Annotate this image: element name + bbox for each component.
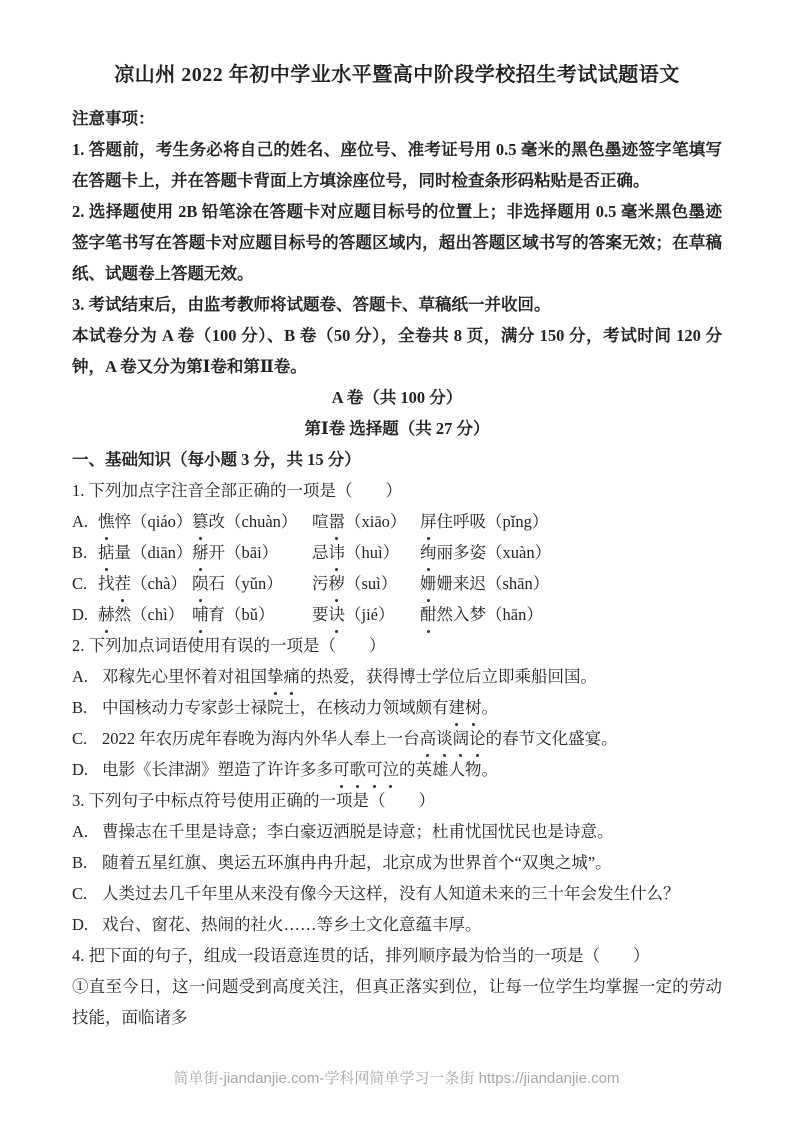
q1-item: 掰开（bāi） [192, 537, 312, 568]
q2-option-b: B. 中国核动力专家彭士禄院士，在核动力领域颇有建树。 [72, 692, 722, 723]
exam-paper: 凉山州 2022 年初中学业水平暨高中阶段学校招生考试试题语文 注意事项： 1.… [72, 0, 722, 1033]
q1-item: 掂量（diān） [98, 537, 192, 568]
q4-stem: 4. 把下面的句子，组成一段语意连贯的话，排列顺序最为恰当的一项是（ ） [72, 940, 722, 971]
q1-item: 绚丽多姿（xuàn） [420, 537, 722, 568]
option-text: 2022 年农历虎年春晚为海内外华人奉上一台高谈阔论的春节文化盛宴。 [102, 723, 722, 754]
q2-option-c: C. 2022 年农历虎年春晚为海内外华人奉上一台高谈阔论的春节文化盛宴。 [72, 723, 722, 754]
q1-item: 喧嚣（xiāo） [312, 506, 420, 537]
option-label: A. [72, 816, 102, 847]
option-text: 曹操志在千里是诗意；李白豪迈洒脱是诗意；杜甫忧国忧民也是诗意。 [102, 816, 722, 847]
q1-item: 找茬（chà） [98, 568, 192, 599]
question-1: 1. 下列加点字注音全部正确的一项是（ ） A. 憔悴（qiáo） 篡改（chu… [72, 475, 722, 630]
q4-sentence-1: ①直至今日，这一问题受到高度关注，但真正落实到位，让每一位学生均掌握一定的劳动技… [72, 971, 722, 1033]
q1-item: 篡改（chuàn） [192, 506, 312, 537]
option-text: 戏台、窗花、热闹的社火……等乡土文化意蕴丰厚。 [102, 909, 722, 940]
q1-item: 要诀（jié） [312, 599, 420, 630]
q1-item: 哺育（bǔ） [192, 599, 312, 630]
q1-option-row-b: B. 掂量（diān） 掰开（bāi） 忌讳（huì） 绚丽多姿（xuàn） [72, 537, 722, 568]
option-text: 邓稼先心里怀着对祖国挚痛的热爱，获得博士学位后立即乘船回国。 [102, 661, 722, 692]
option-text: 随着五星红旗、奥运五环旗冉冉升起，北京成为世界首个“双奥之城”。 [102, 847, 722, 878]
option-label: A. [72, 661, 102, 692]
option-label: A. [72, 506, 98, 537]
volume-a-heading: A 卷（共 100 分） [72, 382, 722, 413]
q1-stem: 1. 下列加点字注音全部正确的一项是（ ） [72, 475, 722, 506]
q1-option-row-d: D. 赫然（chì） 哺育（bǔ） 要诀（jié） 酣然入梦（hān） [72, 599, 722, 630]
page-title: 凉山州 2022 年初中学业水平暨高中阶段学校招生考试试题语文 [72, 0, 722, 91]
notice-section: 注意事项： 1. 答题前，考生务必将自己的姓名、座位号、准考证号用 0.5 毫米… [72, 103, 722, 382]
question-2: 2. 下列加点词语使用有误的一项是（ ） A. 邓稼先心里怀着对祖国挚痛的热爱，… [72, 630, 722, 785]
section-one-heading: 一、基础知识（每小题 3 分，共 15 分） [72, 444, 722, 475]
q3-option-a: A. 曹操志在千里是诗意；李白豪迈洒脱是诗意；杜甫忧国忧民也是诗意。 [72, 816, 722, 847]
footer-watermark: 简单街-jiandanjie.com-学科网简单学习一条街 https://ji… [0, 1063, 793, 1094]
option-label: D. [72, 754, 102, 785]
q1-item: 污秽（suì） [312, 568, 420, 599]
option-label: B. [72, 537, 98, 568]
q1-item: 屏住呼吸（pǐng） [420, 506, 722, 537]
q1-item: 忌讳（huì） [312, 537, 420, 568]
q3-option-c: C. 人类过去几千年里从来没有像今天这样，没有人知道未来的三十年会发生什么？ [72, 878, 722, 909]
exam-summary: 本试卷分为 A 卷（100 分）、B 卷（50 分），全卷共 8 页，满分 15… [72, 320, 722, 382]
q1-item: 憔悴（qiáo） [98, 506, 192, 537]
q1-item: 姗姗来迟（shān） [420, 568, 722, 599]
question-4: 4. 把下面的句子，组成一段语意连贯的话，排列顺序最为恰当的一项是（ ） ①直至… [72, 940, 722, 1033]
option-label: C. [72, 568, 98, 599]
notice-item-1: 1. 答题前，考生务必将自己的姓名、座位号、准考证号用 0.5 毫米的黑色墨迹签… [72, 134, 722, 196]
notice-item-2: 2. 选择题使用 2B 铅笔涂在答题卡对应题目标号的位置上；非选择题用 0.5 … [72, 196, 722, 289]
option-text: 电影《长津湖》塑造了许许多多可歌可泣的英雄人物。 [102, 754, 722, 785]
option-label: B. [72, 692, 102, 723]
option-label: C. [72, 878, 102, 909]
q2-option-d: D. 电影《长津湖》塑造了许许多多可歌可泣的英雄人物。 [72, 754, 722, 785]
q1-item: 酣然入梦（hān） [420, 599, 722, 630]
q3-option-b: B. 随着五星红旗、奥运五环旗冉冉升起，北京成为世界首个“双奥之城”。 [72, 847, 722, 878]
q3-option-d: D. 戏台、窗花、热闹的社火……等乡土文化意蕴丰厚。 [72, 909, 722, 940]
notice-item-3: 3. 考试结束后，由监考教师将试题卷、答题卡、草稿纸一并收回。 [72, 289, 722, 320]
option-label: C. [72, 723, 102, 754]
question-3: 3. 下列句子中标点符号使用正确的一项是（ ） A. 曹操志在千里是诗意；李白豪… [72, 785, 722, 940]
option-label: D. [72, 909, 102, 940]
option-label: B. [72, 847, 102, 878]
q1-option-row-a: A. 憔悴（qiáo） 篡改（chuàn） 喧嚣（xiāo） 屏住呼吸（pǐng… [72, 506, 722, 537]
notice-heading: 注意事项： [72, 103, 722, 134]
q3-stem: 3. 下列句子中标点符号使用正确的一项是（ ） [72, 785, 722, 816]
q1-option-row-c: C. 找茬（chà） 陨石（yǔn） 污秽（suì） 姗姗来迟（shān） [72, 568, 722, 599]
option-label: D. [72, 599, 98, 630]
option-text: 中国核动力专家彭士禄院士，在核动力领域颇有建树。 [102, 692, 722, 723]
option-text: 人类过去几千年里从来没有像今天这样，没有人知道未来的三十年会发生什么？ [102, 878, 722, 909]
q1-item: 陨石（yǔn） [192, 568, 312, 599]
q1-item: 赫然（chì） [98, 599, 192, 630]
part-i-heading: 第Ⅰ卷 选择题（共 27 分） [72, 413, 722, 444]
q2-option-a: A. 邓稼先心里怀着对祖国挚痛的热爱，获得博士学位后立即乘船回国。 [72, 661, 722, 692]
q2-stem: 2. 下列加点词语使用有误的一项是（ ） [72, 630, 722, 661]
